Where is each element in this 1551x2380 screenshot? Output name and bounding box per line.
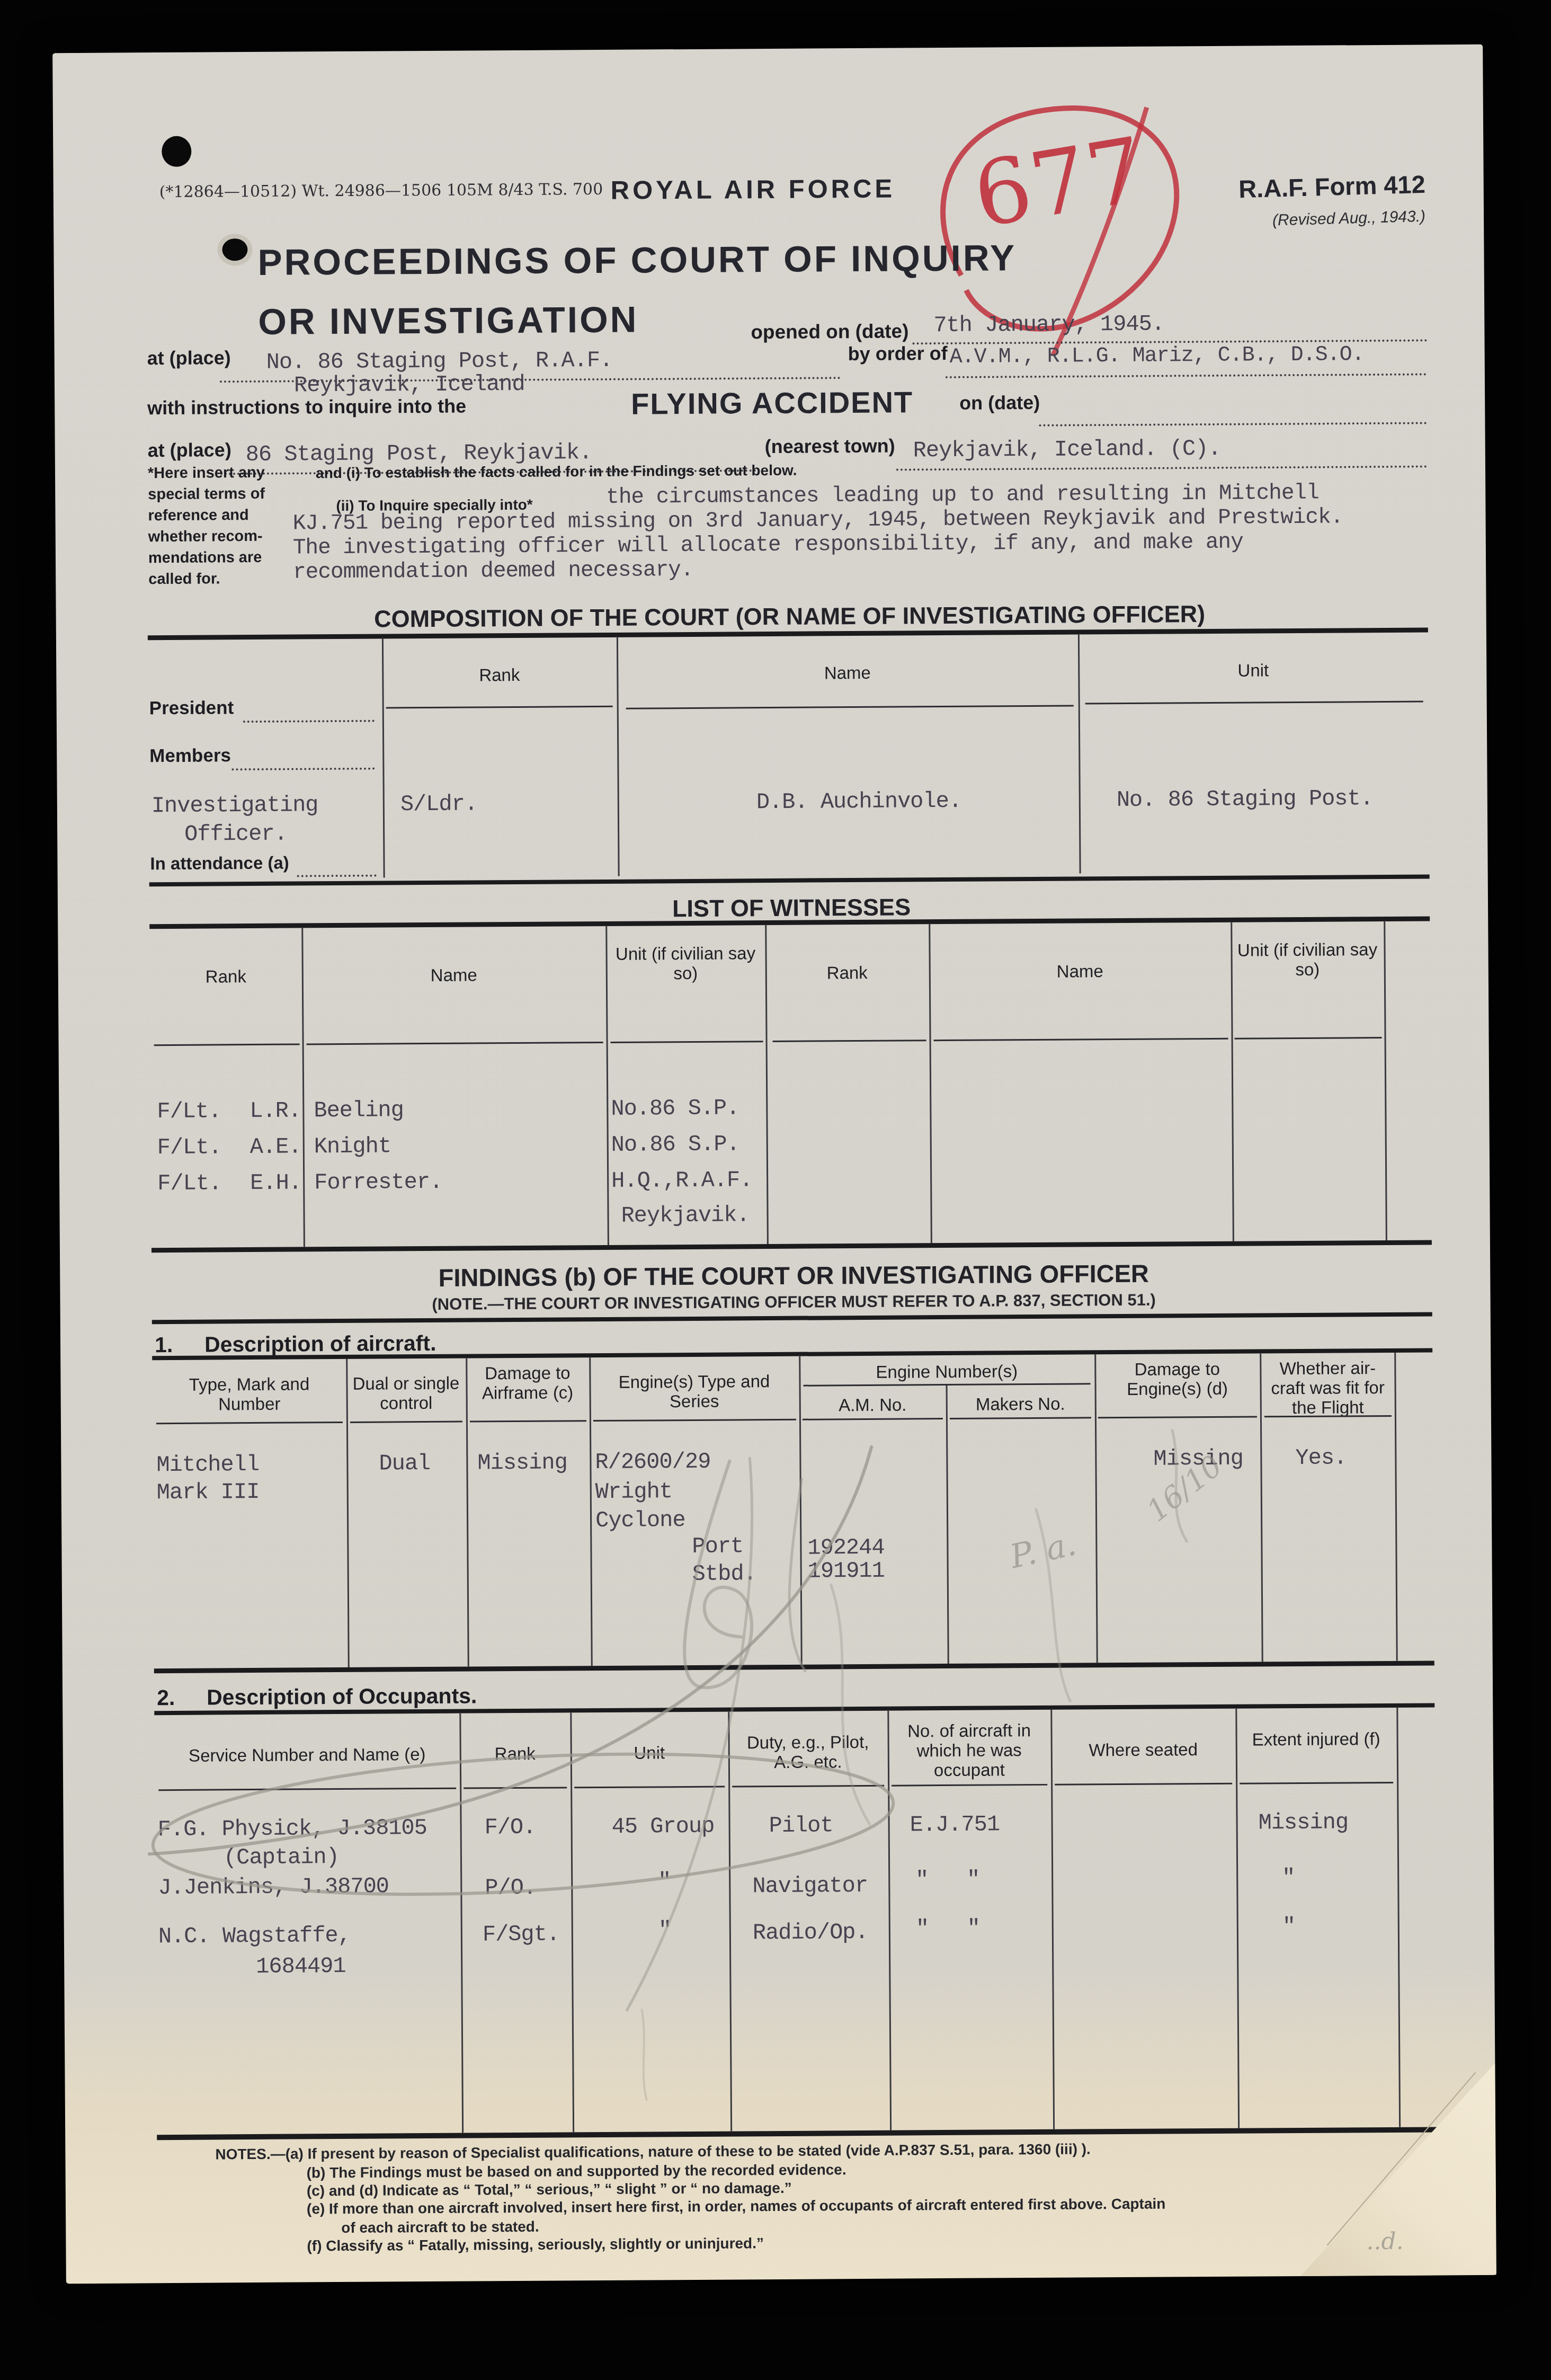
service-title: ROYAL AIR FORCE — [611, 174, 896, 206]
header-underline — [1235, 1037, 1382, 1040]
section1-number: 1. — [155, 1333, 173, 1357]
ac-engine-line1: R/2600/29 — [595, 1449, 710, 1475]
column-line — [1231, 922, 1234, 1241]
ac-am-no-stbd: 191911 — [808, 1558, 885, 1584]
ac-stbd-label: Stbd. — [692, 1561, 756, 1587]
occupant-unit: " — [658, 1917, 672, 1943]
occupant-rank: F/O. — [484, 1815, 536, 1841]
occupant-rank: F/Sgt. — [483, 1922, 560, 1948]
investigating-name: D.B. Auchinvole. — [756, 788, 962, 815]
findings-note: (NOTE.—THE COURT OR INVESTIGATING OFFICE… — [188, 1289, 1401, 1316]
print-code: (*12864—10512) Wt. 24986—1506 105M 8/43 … — [159, 180, 603, 201]
margin-note-4: whether recom- — [148, 528, 263, 546]
attendance-label: In attendance (a) — [150, 853, 289, 874]
investigating-label1: Investigating — [151, 792, 318, 819]
ac-engine-line2: Wright — [595, 1479, 673, 1505]
notes-line5: of each aircraft to be stated. — [341, 2218, 539, 2236]
header-underline — [593, 1419, 796, 1422]
place1-line2-value: Reykjavik, Iceland — [294, 371, 525, 398]
header-underline — [156, 1422, 343, 1424]
header-underline — [1085, 701, 1423, 705]
occ-header-unit: Unit — [571, 1743, 728, 1763]
photo-background: (*12864—10512) Wt. 24986—1506 105M 8/43 … — [0, 0, 1551, 2380]
ac-type-line2: Mark III — [157, 1479, 260, 1505]
header-underline — [803, 1418, 943, 1420]
column-line — [466, 1358, 469, 1667]
by-order-line — [946, 373, 1427, 378]
form-revision: (Revised Aug., 1943.) — [1187, 208, 1426, 232]
header-underline — [463, 1787, 567, 1789]
section2-title: Description of Occupants. — [207, 1683, 477, 1710]
accident-label: FLYING ACCIDENT — [631, 385, 913, 421]
ac-header-fit: Whether air-craft was fit for the Flight — [1264, 1358, 1392, 1417]
pencil-bottom-note: ..d. — [1366, 2228, 1403, 2255]
witness-rank: F/Lt. — [157, 1098, 221, 1124]
rule — [151, 1240, 1432, 1253]
margin-note-3: reference and — [148, 507, 248, 525]
torn-hole — [222, 238, 247, 261]
occupant-aircraft: E.J.751 — [910, 1811, 1000, 1837]
notes-line3: (c) and (d) Indicate as “ Total,” “ seri… — [307, 2180, 792, 2200]
occupant-duty: Navigator — [752, 1873, 868, 1899]
investigating-rank: S/Ldr. — [400, 791, 478, 817]
document-page: (*12864—10512) Wt. 24986—1506 105M 8/43 … — [52, 45, 1496, 2284]
terms-line3: The investigating officer will allocate … — [293, 530, 1243, 561]
ac-header-engine-damage: Damage to Engine(s) (d) — [1105, 1359, 1249, 1399]
margin-note-2: special terms of — [148, 485, 265, 503]
occupant-unit: " — [658, 1869, 671, 1894]
opened-on-value: 7th January, 1945. — [933, 311, 1164, 338]
column-line — [946, 1385, 949, 1664]
occupant-injured: " — [1282, 1865, 1295, 1890]
occupant-rank: P/O. — [485, 1875, 536, 1901]
ac-airframe-damage: Missing — [477, 1450, 567, 1476]
witness-unit: No.86 S.P. — [611, 1095, 739, 1121]
header-underline — [158, 1788, 456, 1791]
rule — [157, 2127, 1437, 2140]
occ-header-aircraft: No. of aircraft in which he was occupant — [893, 1720, 1046, 1780]
column-line — [1394, 1353, 1398, 1661]
ac-header-am-no: A.M. No. — [799, 1395, 946, 1415]
column-line — [1396, 1708, 1401, 2127]
page-title-line1: PROCEEDINGS OF COURT OF INQUIRY — [257, 237, 1017, 283]
wit-header-name2: Name — [929, 961, 1231, 982]
column-line — [1050, 1710, 1055, 2129]
column-line — [605, 926, 609, 1245]
column-line — [346, 1359, 350, 1667]
header-underline — [611, 1041, 763, 1043]
occupant-injured: Missing — [1258, 1809, 1348, 1835]
column-line — [728, 1712, 732, 2132]
column-line — [1235, 1709, 1240, 2128]
column-line — [887, 1711, 892, 2130]
investigating-unit: No. 86 Staging Post. — [1117, 786, 1373, 813]
margin-note-6: called for. — [148, 570, 220, 588]
header-underline — [950, 1417, 1091, 1419]
witness-unit-line2: Reykjavik. — [621, 1202, 749, 1228]
ac-header-engine-numbers: Engine Number(s) — [799, 1361, 1094, 1382]
column-line — [589, 1357, 593, 1666]
wit-header-unit2: Unit (if civilian say so) — [1236, 939, 1378, 980]
occupant-duty: Radio/Op. — [753, 1920, 868, 1946]
header-underline — [773, 1040, 926, 1042]
occupant-injured: " — [1282, 1914, 1296, 1939]
header-underline — [1240, 1782, 1393, 1784]
wit-header-rank2: Rank — [765, 962, 929, 983]
occupant-name: F.G. Physick, J.38105 — [158, 1815, 427, 1842]
rule — [154, 1660, 1434, 1673]
witness-rank: F/Lt. — [157, 1170, 221, 1196]
members-leader — [231, 768, 375, 771]
terms-line4: recommendation deemed necessary. — [293, 558, 693, 585]
comp-header-rank: Rank — [382, 664, 617, 686]
comp-header-unit: Unit — [1078, 659, 1428, 681]
section2-number: 2. — [157, 1685, 175, 1710]
ac-header-engines: Engine(s) Type and Series — [605, 1371, 783, 1411]
witness-unit: No.86 S.P. — [611, 1131, 739, 1157]
column-line — [1094, 1354, 1098, 1663]
occupant-name-line2: (Captain) — [224, 1844, 339, 1870]
place1-value: No. 86 Staging Post, R.A.F. — [266, 348, 613, 375]
ac-header-makers-no: Makers No. — [946, 1393, 1095, 1414]
header-underline — [892, 1784, 1047, 1787]
president-leader — [243, 720, 375, 723]
attendance-leader — [297, 875, 377, 877]
occupant-duty: Pilot — [769, 1813, 833, 1839]
ac-control: Dual — [379, 1451, 430, 1477]
members-label: Members — [149, 745, 231, 767]
occ-header-injured: Extent injured (f) — [1241, 1729, 1392, 1750]
ac-am-no-port: 192244 — [807, 1535, 885, 1561]
ac-header-control: Dual or single control — [351, 1373, 460, 1413]
header-underline — [626, 705, 1074, 709]
notes-line1: NOTES.—(a) If present by reason of Speci… — [215, 2141, 1091, 2163]
ac-header-type: Type, Mark and Number — [160, 1374, 338, 1414]
header-underline — [1055, 1783, 1232, 1786]
section1-title: Description of aircraft. — [204, 1331, 436, 1357]
instructions-label: with instructions to inquire into the — [147, 395, 466, 420]
opened-on-label: opened on (date) — [751, 320, 908, 343]
on-date-label: on (date) — [959, 392, 1040, 414]
occupant-unit: 45 Group — [611, 1814, 714, 1840]
occ-header-name: Service Number and Name (e) — [155, 1744, 460, 1766]
nearest-town-label: (nearest town) — [765, 435, 895, 458]
column-line — [570, 1712, 574, 2132]
witness-name: L.R. Beeling — [249, 1097, 404, 1124]
margin-note-5: mendations are — [148, 549, 262, 567]
witness-rank: F/Lt. — [157, 1134, 221, 1160]
header-underline — [732, 1785, 884, 1788]
at-place-label-2: at (place) — [148, 439, 231, 461]
header-underline — [307, 1042, 603, 1045]
occupant-aircraft: " " — [915, 1867, 979, 1893]
header-underline — [154, 1043, 300, 1046]
wit-header-rank1: Rank — [150, 966, 302, 987]
header-underline — [1264, 1415, 1392, 1417]
by-order-value: A.V.M., R.L.G. Mariz, C.B., D.S.O. — [950, 343, 1364, 369]
witness-name: E.H. Forrester. — [250, 1169, 442, 1196]
ac-fit: Yes. — [1295, 1445, 1347, 1471]
punch-hole — [162, 136, 191, 167]
header-underline — [350, 1421, 462, 1423]
header-underline — [1098, 1416, 1257, 1418]
findings-heading: FINDINGS (b) OF THE COURT OR INVESTIGATI… — [187, 1257, 1400, 1294]
note-i: and (i) To establish the facts called fo… — [316, 462, 797, 482]
wit-header-unit1: Unit (if civilian say so) — [611, 943, 760, 983]
witness-unit: H.Q.,R.A.F. — [611, 1167, 753, 1194]
witness-name: A.E. Knight — [250, 1133, 391, 1160]
wit-header-name1: Name — [302, 964, 606, 986]
column-line — [1260, 1353, 1263, 1662]
pencil-pa: P. a. — [1006, 1524, 1080, 1576]
investigating-label2: Officer. — [184, 821, 287, 847]
notes-line6: (f) Classify as “ Fatally, missing, seri… — [307, 2235, 764, 2254]
header-underline — [574, 1786, 725, 1789]
occupant-name: J.Jenkins, J.38700 — [158, 1873, 389, 1901]
nearest-town-line — [896, 465, 1427, 470]
occupant-name: N.C. Wagstaffe, — [158, 1923, 351, 1949]
ac-engine-line3: Cyclone — [595, 1507, 685, 1533]
occupant-aircraft: " " — [916, 1916, 980, 1942]
red-number: 677 — [967, 118, 1151, 247]
occ-header-seated: Where seated — [1051, 1739, 1236, 1760]
column-line — [459, 1713, 463, 2133]
margin-note-1: *Here insert any — [148, 464, 265, 482]
header-underline — [934, 1038, 1228, 1041]
column-line — [1384, 921, 1387, 1240]
notes-line2: (b) The Findings must be based on and su… — [307, 2161, 846, 2181]
header-underline — [470, 1420, 586, 1422]
occupant-name-line2: 1684491 — [256, 1953, 346, 1979]
page-title-line2: OR INVESTIGATION — [258, 299, 639, 343]
by-order-label: by order of — [848, 342, 948, 365]
comp-header-name: Name — [617, 661, 1078, 683]
occ-header-duty: Duty, e.g., Pilot, A.G. etc. — [734, 1732, 883, 1772]
at-place-label-1: at (place) — [147, 347, 231, 369]
ac-port-label: Port — [692, 1533, 743, 1559]
nearest-town-value: Reykjavik, Iceland. (C). — [913, 436, 1221, 464]
header-underline — [386, 706, 613, 709]
president-label: President — [149, 697, 234, 719]
terms-line1: the circumstances leading up to and resu… — [606, 481, 1319, 510]
ac-header-airframe: Damage to Airframe (c) — [471, 1363, 584, 1402]
form-number: R.A.F. Form 412 — [1187, 170, 1425, 205]
occ-header-rank: Rank — [460, 1743, 571, 1763]
ac-type-line1: Mitchell — [156, 1452, 259, 1478]
on-date-line — [1039, 422, 1427, 426]
